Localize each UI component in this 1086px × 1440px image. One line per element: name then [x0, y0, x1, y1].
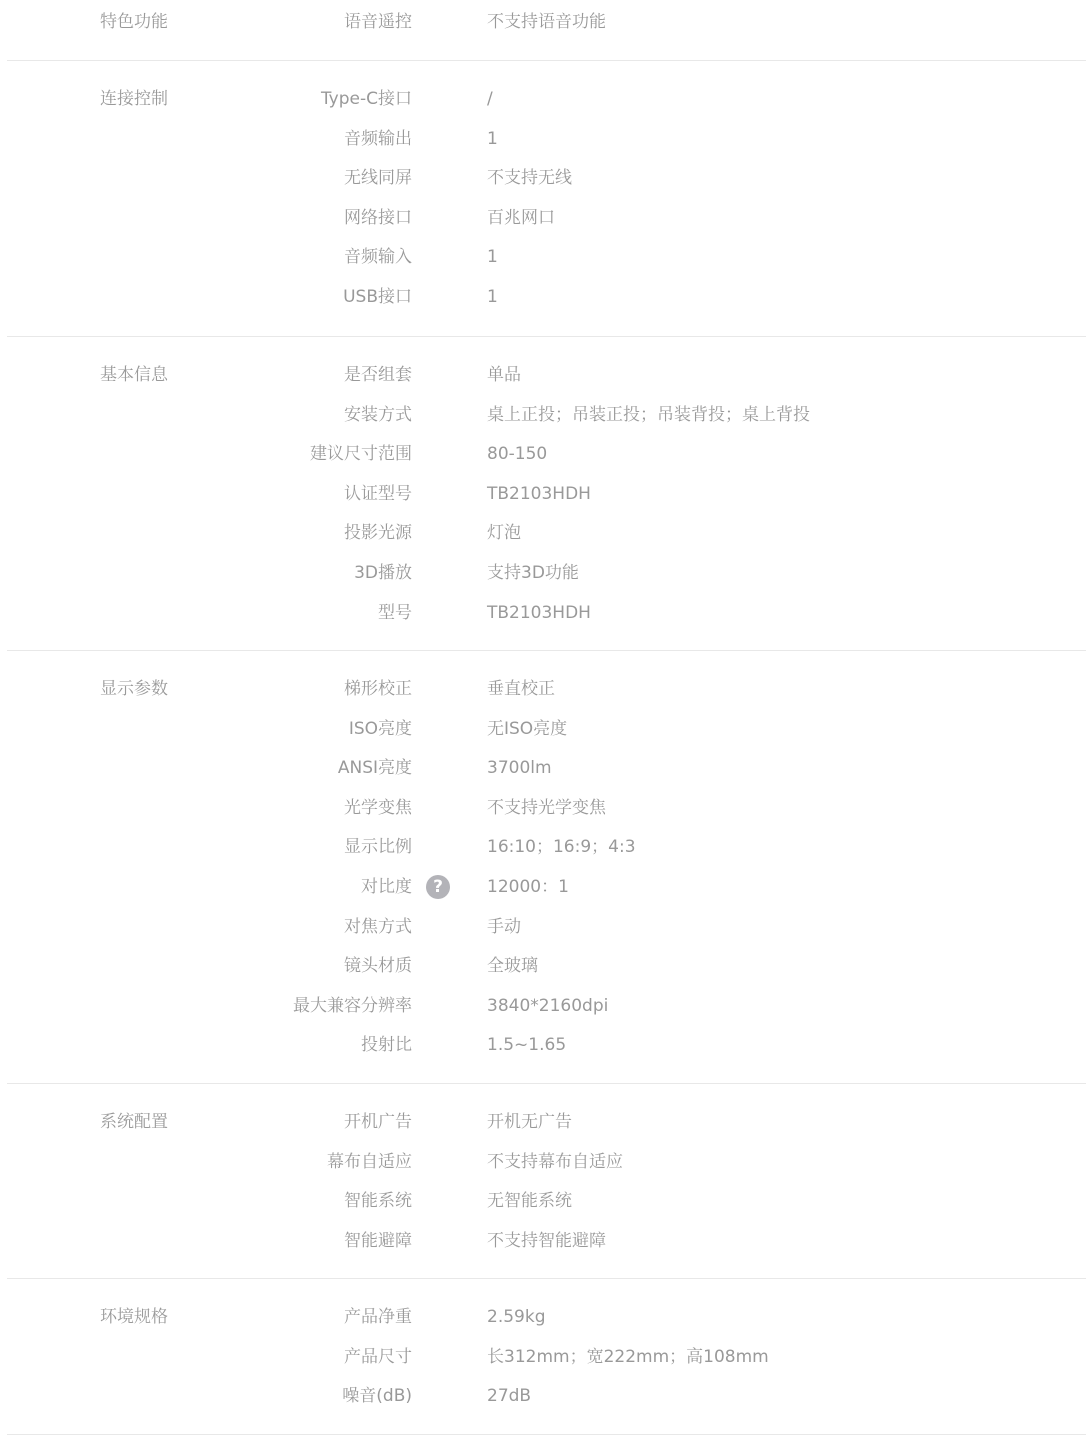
spec-row: 音频输入1	[7, 245, 1086, 285]
spec-value: 1	[487, 285, 498, 309]
spec-label: 梯形校正	[344, 677, 412, 701]
spec-value: 27dB	[487, 1384, 531, 1408]
section-features: 特色功能 语音遥控不支持语音功能	[7, 0, 1086, 61]
spec-label: 3D播放	[354, 561, 412, 585]
spec-row: 显示比例16:10；16:9；4:3	[7, 835, 1086, 875]
spec-label: 镜头材质	[344, 954, 412, 978]
spec-label: 型号	[378, 601, 412, 625]
spec-label: 语音遥控	[344, 10, 412, 34]
spec-value: 全玻璃	[487, 954, 538, 978]
spec-value: 手动	[487, 915, 521, 939]
spec-label: 网络接口	[344, 206, 412, 230]
spec-label: ANSI亮度	[338, 756, 412, 780]
spec-label: 对焦方式	[344, 915, 412, 939]
spec-row: 投射比1.5~1.65	[7, 1033, 1086, 1073]
spec-value: 不支持语音功能	[487, 10, 606, 34]
spec-row: ANSI亮度3700lm	[7, 756, 1086, 796]
spec-label: 光学变焦	[344, 796, 412, 820]
spec-value: 桌上正投；吊装正投；吊装背投；桌上背投	[487, 403, 810, 427]
spec-value: 无ISO亮度	[487, 717, 567, 741]
spec-row: 噪音(dB)27dB	[7, 1384, 1086, 1424]
spec-row: 无线同屏不支持无线	[7, 166, 1086, 206]
spec-value: 垂直校正	[487, 677, 555, 701]
spec-table: 特色功能 语音遥控不支持语音功能 连接控制 Type-C接口/ 音频输出1 无线…	[0, 0, 1086, 1435]
spec-value: 1.5~1.65	[487, 1033, 566, 1057]
spec-row: 3D播放支持3D功能	[7, 561, 1086, 601]
spec-label: 对比度	[361, 875, 412, 899]
spec-row: 对焦方式手动	[7, 915, 1086, 955]
spec-value: TB2103HDH	[487, 601, 591, 625]
spec-row: 认证型号TB2103HDH	[7, 482, 1086, 522]
spec-label: USB接口	[343, 285, 412, 309]
spec-value: 3840*2160dpi	[487, 994, 608, 1018]
spec-row: 音频输出1	[7, 127, 1086, 167]
spec-row: 智能避障不支持智能避障	[7, 1229, 1086, 1269]
spec-value: 开机无广告	[487, 1110, 572, 1134]
spec-row: 产品尺寸长312mm；宽222mm；高108mm	[7, 1345, 1086, 1385]
spec-value: 单品	[487, 363, 521, 387]
spec-label: 智能系统	[344, 1189, 412, 1213]
spec-label: 幕布自适应	[327, 1150, 412, 1174]
spec-value: 支持3D功能	[487, 561, 579, 585]
spec-row: ISO亮度无ISO亮度	[7, 717, 1086, 757]
spec-value: 不支持无线	[487, 166, 572, 190]
spec-label: 音频输入	[344, 245, 412, 269]
spec-label: 最大兼容分辨率	[293, 994, 412, 1018]
spec-row: Type-C接口/	[7, 87, 1086, 127]
spec-row: 语音遥控不支持语音功能	[7, 10, 1086, 50]
spec-label: 智能避障	[344, 1229, 412, 1253]
spec-row: 智能系统无智能系统	[7, 1189, 1086, 1229]
spec-row: 镜头材质全玻璃	[7, 954, 1086, 994]
spec-row: 网络接口百兆网口	[7, 206, 1086, 246]
spec-label: 投射比	[361, 1033, 412, 1057]
spec-row: 投影光源灯泡	[7, 521, 1086, 561]
spec-label: 开机广告	[344, 1110, 412, 1134]
spec-label: 产品净重	[344, 1305, 412, 1329]
spec-row: 光学变焦不支持光学变焦	[7, 796, 1086, 836]
spec-label: 显示比例	[344, 835, 412, 859]
spec-value: 长312mm；宽222mm；高108mm	[487, 1345, 769, 1369]
spec-label: 音频输出	[344, 127, 412, 151]
spec-label: 安装方式	[344, 403, 412, 427]
spec-label: 产品尺寸	[344, 1345, 412, 1369]
spec-label: 认证型号	[344, 482, 412, 506]
spec-row: 开机广告开机无广告	[7, 1110, 1086, 1150]
spec-row: 最大兼容分辨率3840*2160dpi	[7, 994, 1086, 1034]
section-basic-info: 基本信息 是否组套单品 安装方式桌上正投；吊装正投；吊装背投；桌上背投 建议尺寸…	[7, 337, 1086, 651]
spec-value: 百兆网口	[487, 206, 555, 230]
spec-value: 80-150	[487, 442, 547, 466]
spec-row: USB接口1	[7, 285, 1086, 325]
spec-value: 2.59kg	[487, 1305, 546, 1329]
spec-row: 对比度?12000：1	[7, 875, 1086, 915]
spec-value: 不支持光学变焦	[487, 796, 606, 820]
section-connectivity: 连接控制 Type-C接口/ 音频输出1 无线同屏不支持无线 网络接口百兆网口 …	[7, 61, 1086, 337]
spec-row: 建议尺寸范围80-150	[7, 442, 1086, 482]
spec-label: 无线同屏	[344, 166, 412, 190]
spec-value: TB2103HDH	[487, 482, 591, 506]
spec-value: 1	[487, 245, 498, 269]
spec-row: 安装方式桌上正投；吊装正投；吊装背投；桌上背投	[7, 403, 1086, 443]
spec-value: 12000：1	[487, 875, 569, 899]
section-display-params: 显示参数 梯形校正垂直校正 ISO亮度无ISO亮度 ANSI亮度3700lm 光…	[7, 651, 1086, 1084]
spec-label: 噪音(dB)	[342, 1384, 412, 1408]
spec-row: 型号TB2103HDH	[7, 601, 1086, 641]
spec-row: 梯形校正垂直校正	[7, 677, 1086, 717]
spec-row: 产品净重2.59kg	[7, 1305, 1086, 1345]
spec-row: 幕布自适应不支持幕布自适应	[7, 1150, 1086, 1190]
spec-label: 投影光源	[344, 521, 412, 545]
spec-value: 16:10；16:9；4:3	[487, 835, 636, 859]
spec-label: ISO亮度	[349, 717, 412, 741]
spec-row: 是否组套单品	[7, 363, 1086, 403]
spec-label: 是否组套	[344, 363, 412, 387]
section-environment-specs: 环境规格 产品净重2.59kg 产品尺寸长312mm；宽222mm；高108mm…	[7, 1279, 1086, 1435]
spec-value: 灯泡	[487, 521, 521, 545]
spec-value: /	[487, 87, 493, 111]
spec-value: 1	[487, 127, 498, 151]
spec-value: 不支持幕布自适应	[487, 1150, 623, 1174]
spec-value: 不支持智能避障	[487, 1229, 606, 1253]
spec-value: 无智能系统	[487, 1189, 572, 1213]
spec-value: 3700lm	[487, 756, 552, 780]
help-question-icon[interactable]: ?	[426, 875, 450, 899]
section-system-config: 系统配置 开机广告开机无广告 幕布自适应不支持幕布自适应 智能系统无智能系统 智…	[7, 1084, 1086, 1279]
spec-label: Type-C接口	[321, 87, 412, 111]
spec-label: 建议尺寸范围	[310, 442, 412, 466]
